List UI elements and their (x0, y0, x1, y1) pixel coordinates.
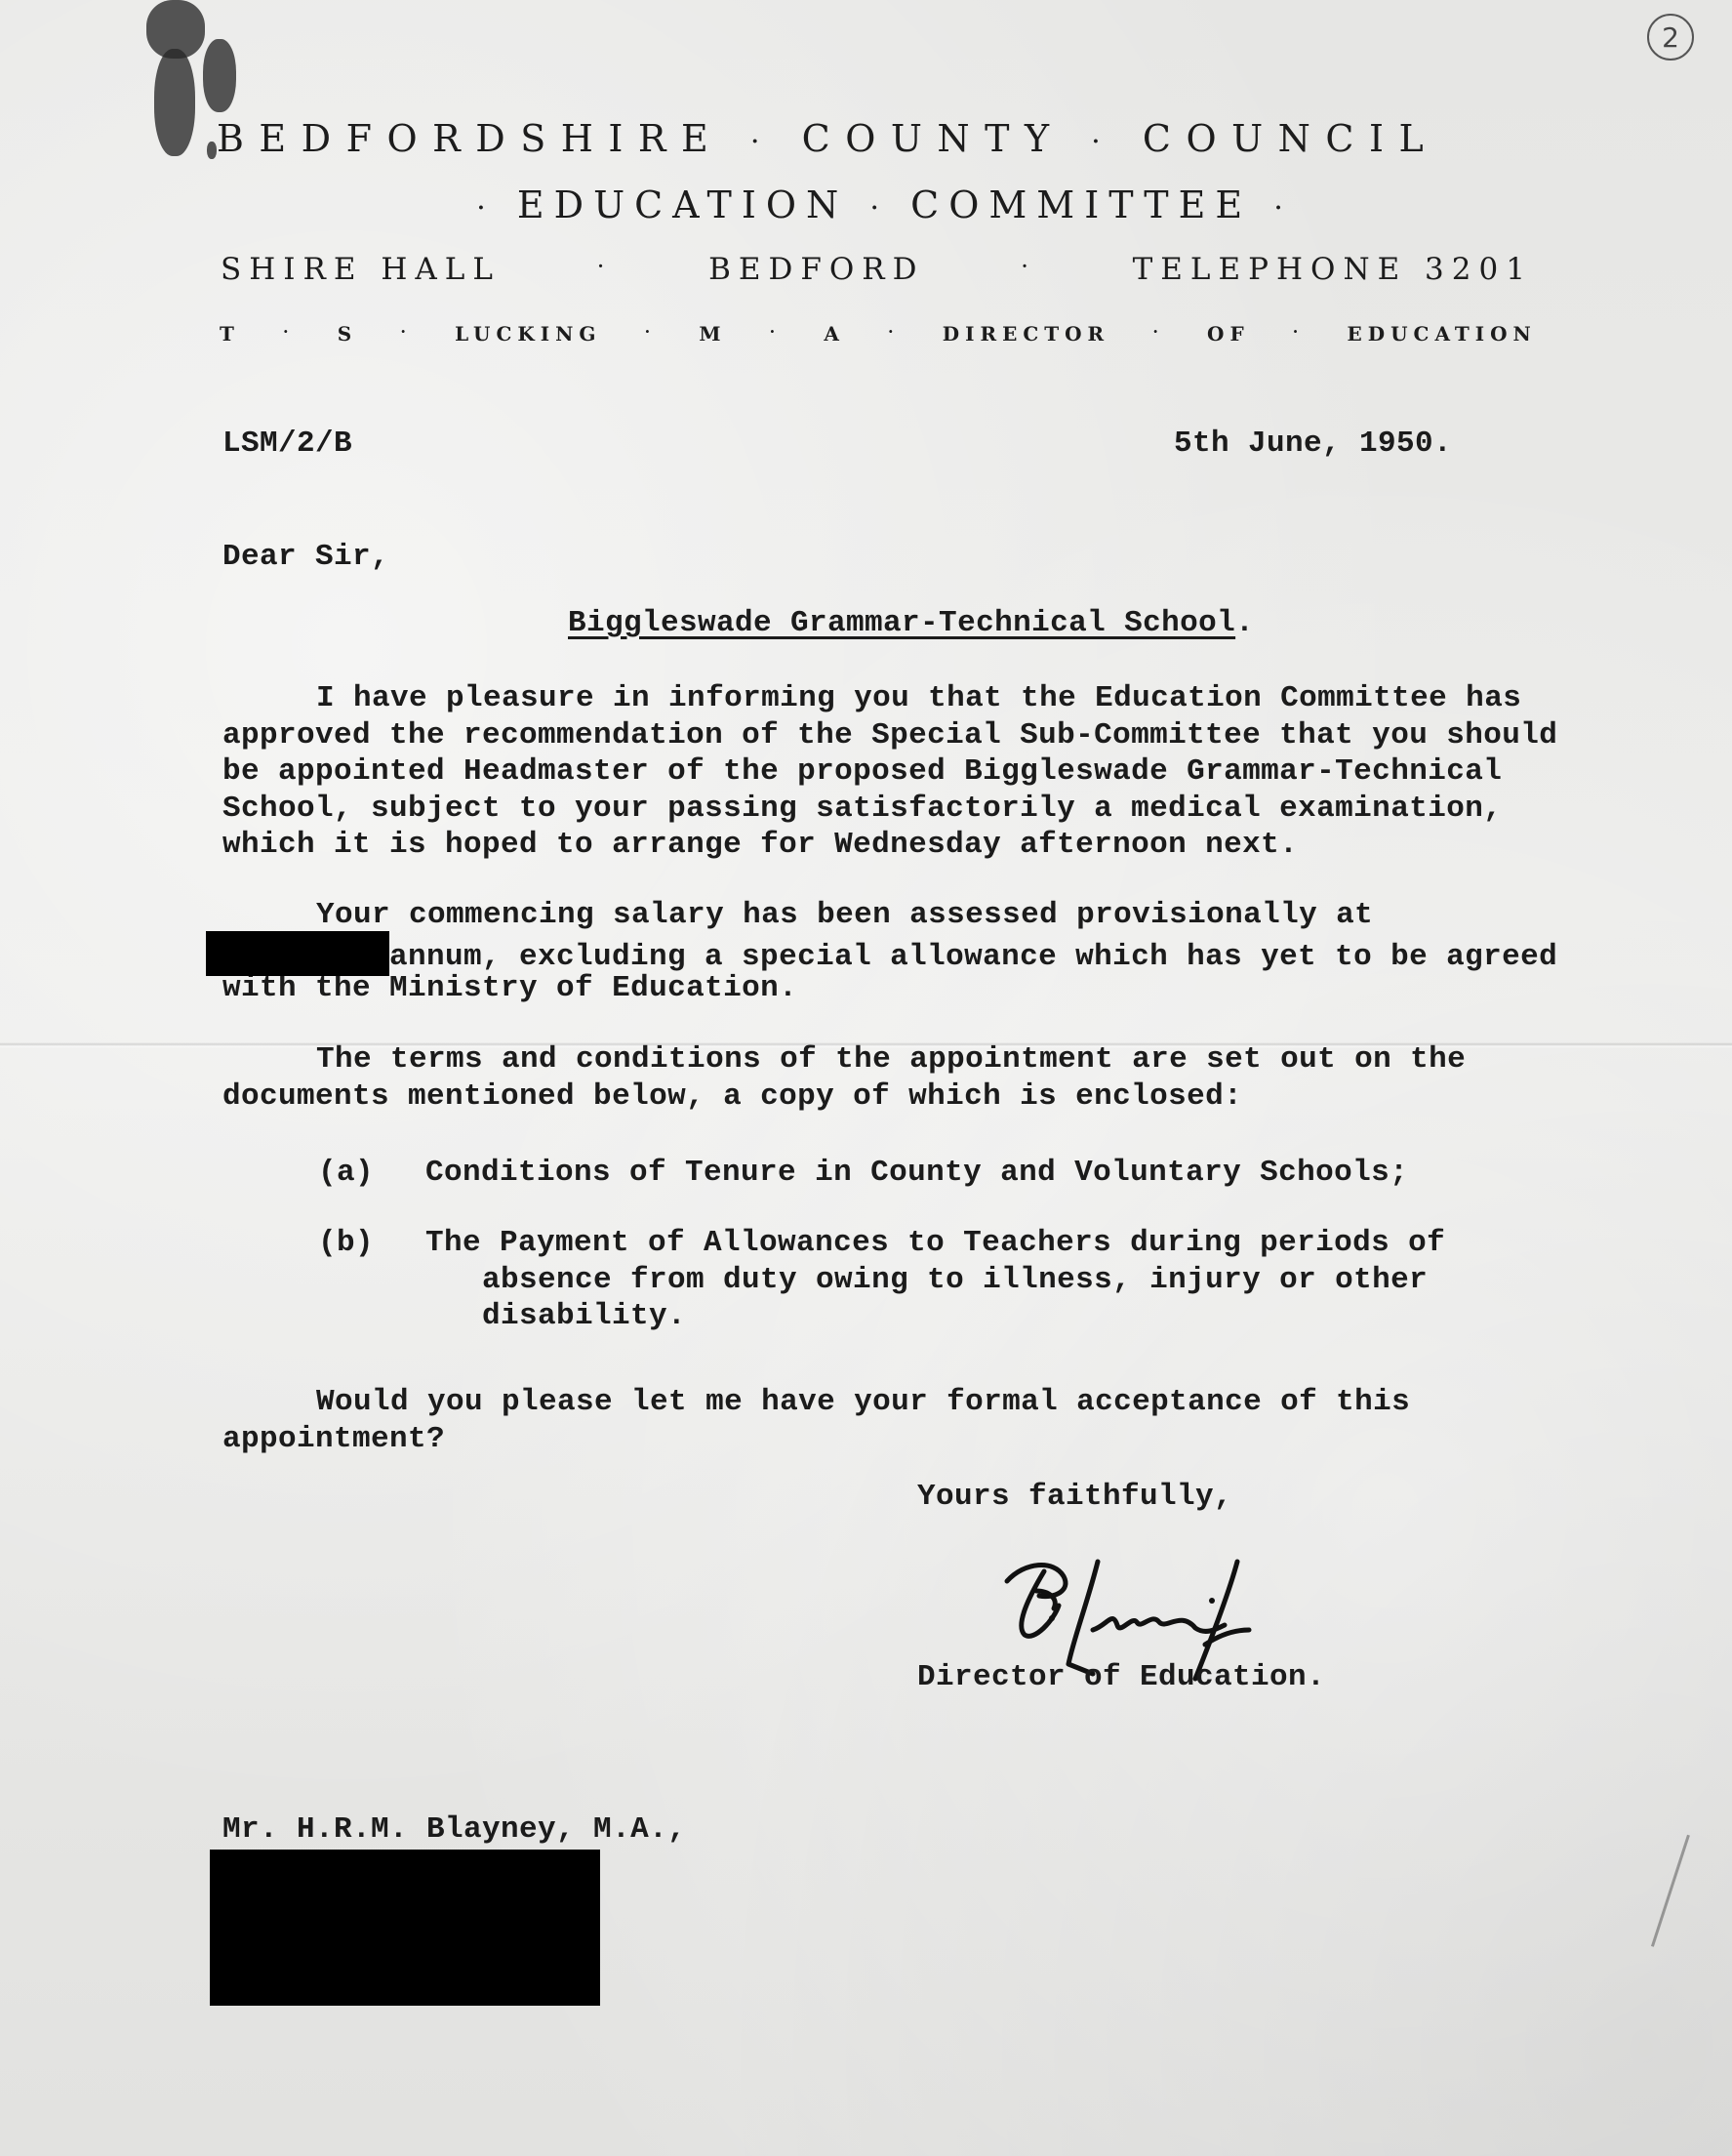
paragraph-salary: Your commencing salary has been assessed… (222, 897, 1557, 1007)
ink-stain (154, 49, 195, 156)
subject-heading: Biggleswade Grammar-Technical School. (568, 605, 1254, 641)
signatory-title: Director of Education. (917, 1659, 1325, 1695)
letterhead-committee: · EDUCATION · COMMITTEE · (0, 183, 1732, 226)
paper-tear-mark (1651, 1835, 1707, 1953)
addressee-name: Mr. H.R.M. Blayney, M.A., (222, 1811, 686, 1848)
reference-code: LSM/2/B (222, 426, 352, 462)
letterhead-council: BEDFORDSHIRE · COUNTY · COUNCIL (217, 117, 1438, 160)
letter-date: 5th June, 1950. (1174, 426, 1452, 462)
enclosure-item: (b)The Payment of Allowances to Teachers… (318, 1225, 1445, 1335)
page-number-marker: 2 (1647, 14, 1694, 61)
letterhead-director: T· S· LUCKING· M· A· DIRECTOR· OF· EDUCA… (220, 322, 1537, 346)
paragraph-acceptance: Would you please let me have your formal… (222, 1384, 1410, 1457)
paragraph-terms: The terms and conditions of the appointm… (222, 1041, 1466, 1115)
ink-stain (203, 39, 236, 112)
ink-stain (207, 142, 217, 159)
paragraph-appointment: I have pleasure in informing you that th… (222, 680, 1557, 864)
enclosure-item: (a)Conditions of Tenure in County and Vo… (318, 1155, 1408, 1192)
letterhead-address: SHIRE HALL · BEDFORD · TELEPHONE 3201 (221, 252, 1533, 287)
redaction-salary (206, 931, 389, 976)
redaction-address (210, 1850, 600, 2006)
salutation: Dear Sir, (222, 539, 389, 575)
closing: Yours faithfully, (917, 1479, 1232, 1515)
